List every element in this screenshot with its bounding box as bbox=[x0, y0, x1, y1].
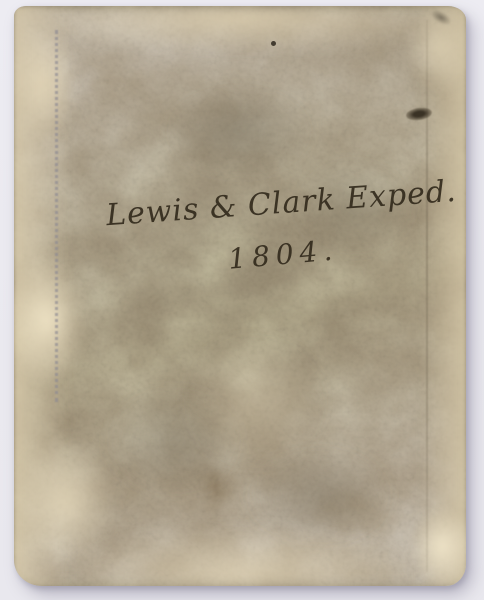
paper-grain-texture bbox=[14, 6, 466, 586]
notebook-cover: Lewis & Clark Exped. 1804. bbox=[14, 6, 466, 586]
worn-patch-bottom-left-corner bbox=[16, 436, 116, 566]
handwritten-inscription: Lewis & Clark Exped. 1804. bbox=[14, 6, 466, 586]
worn-patch-top-edge bbox=[24, 8, 454, 52]
fore-edge-crease-line bbox=[426, 20, 428, 572]
dark-mottle-patch-lower-center bbox=[244, 446, 394, 546]
worn-patch-bottom-edge bbox=[74, 526, 404, 586]
fore-edge-wear-band bbox=[418, 6, 466, 586]
marbled-blotch-texture bbox=[14, 6, 466, 586]
worn-patch-spine-middle bbox=[14, 256, 88, 386]
dark-mottle-patch-lower-left bbox=[104, 386, 244, 496]
worn-patch-top-left-corner bbox=[14, 24, 78, 144]
photo-background: Lewis & Clark Exped. 1804. bbox=[0, 0, 484, 600]
inscription-title: Lewis & Clark Exped. bbox=[104, 174, 458, 233]
spine-stitch-line bbox=[55, 30, 58, 402]
worn-patch-center bbox=[184, 336, 324, 466]
inscription-year: 1804. bbox=[227, 233, 340, 275]
ink-blot-stain bbox=[405, 106, 432, 122]
worn-patch-top-right-corner bbox=[404, 6, 466, 92]
dark-mottle-patch-right bbox=[294, 156, 414, 256]
ink-speck bbox=[271, 41, 276, 46]
corner-smudge bbox=[429, 7, 454, 28]
worn-patch-bottom-right-corner bbox=[410, 506, 466, 586]
spine-wear-band bbox=[14, 6, 72, 586]
dark-mottle-patch-upper bbox=[164, 86, 314, 176]
